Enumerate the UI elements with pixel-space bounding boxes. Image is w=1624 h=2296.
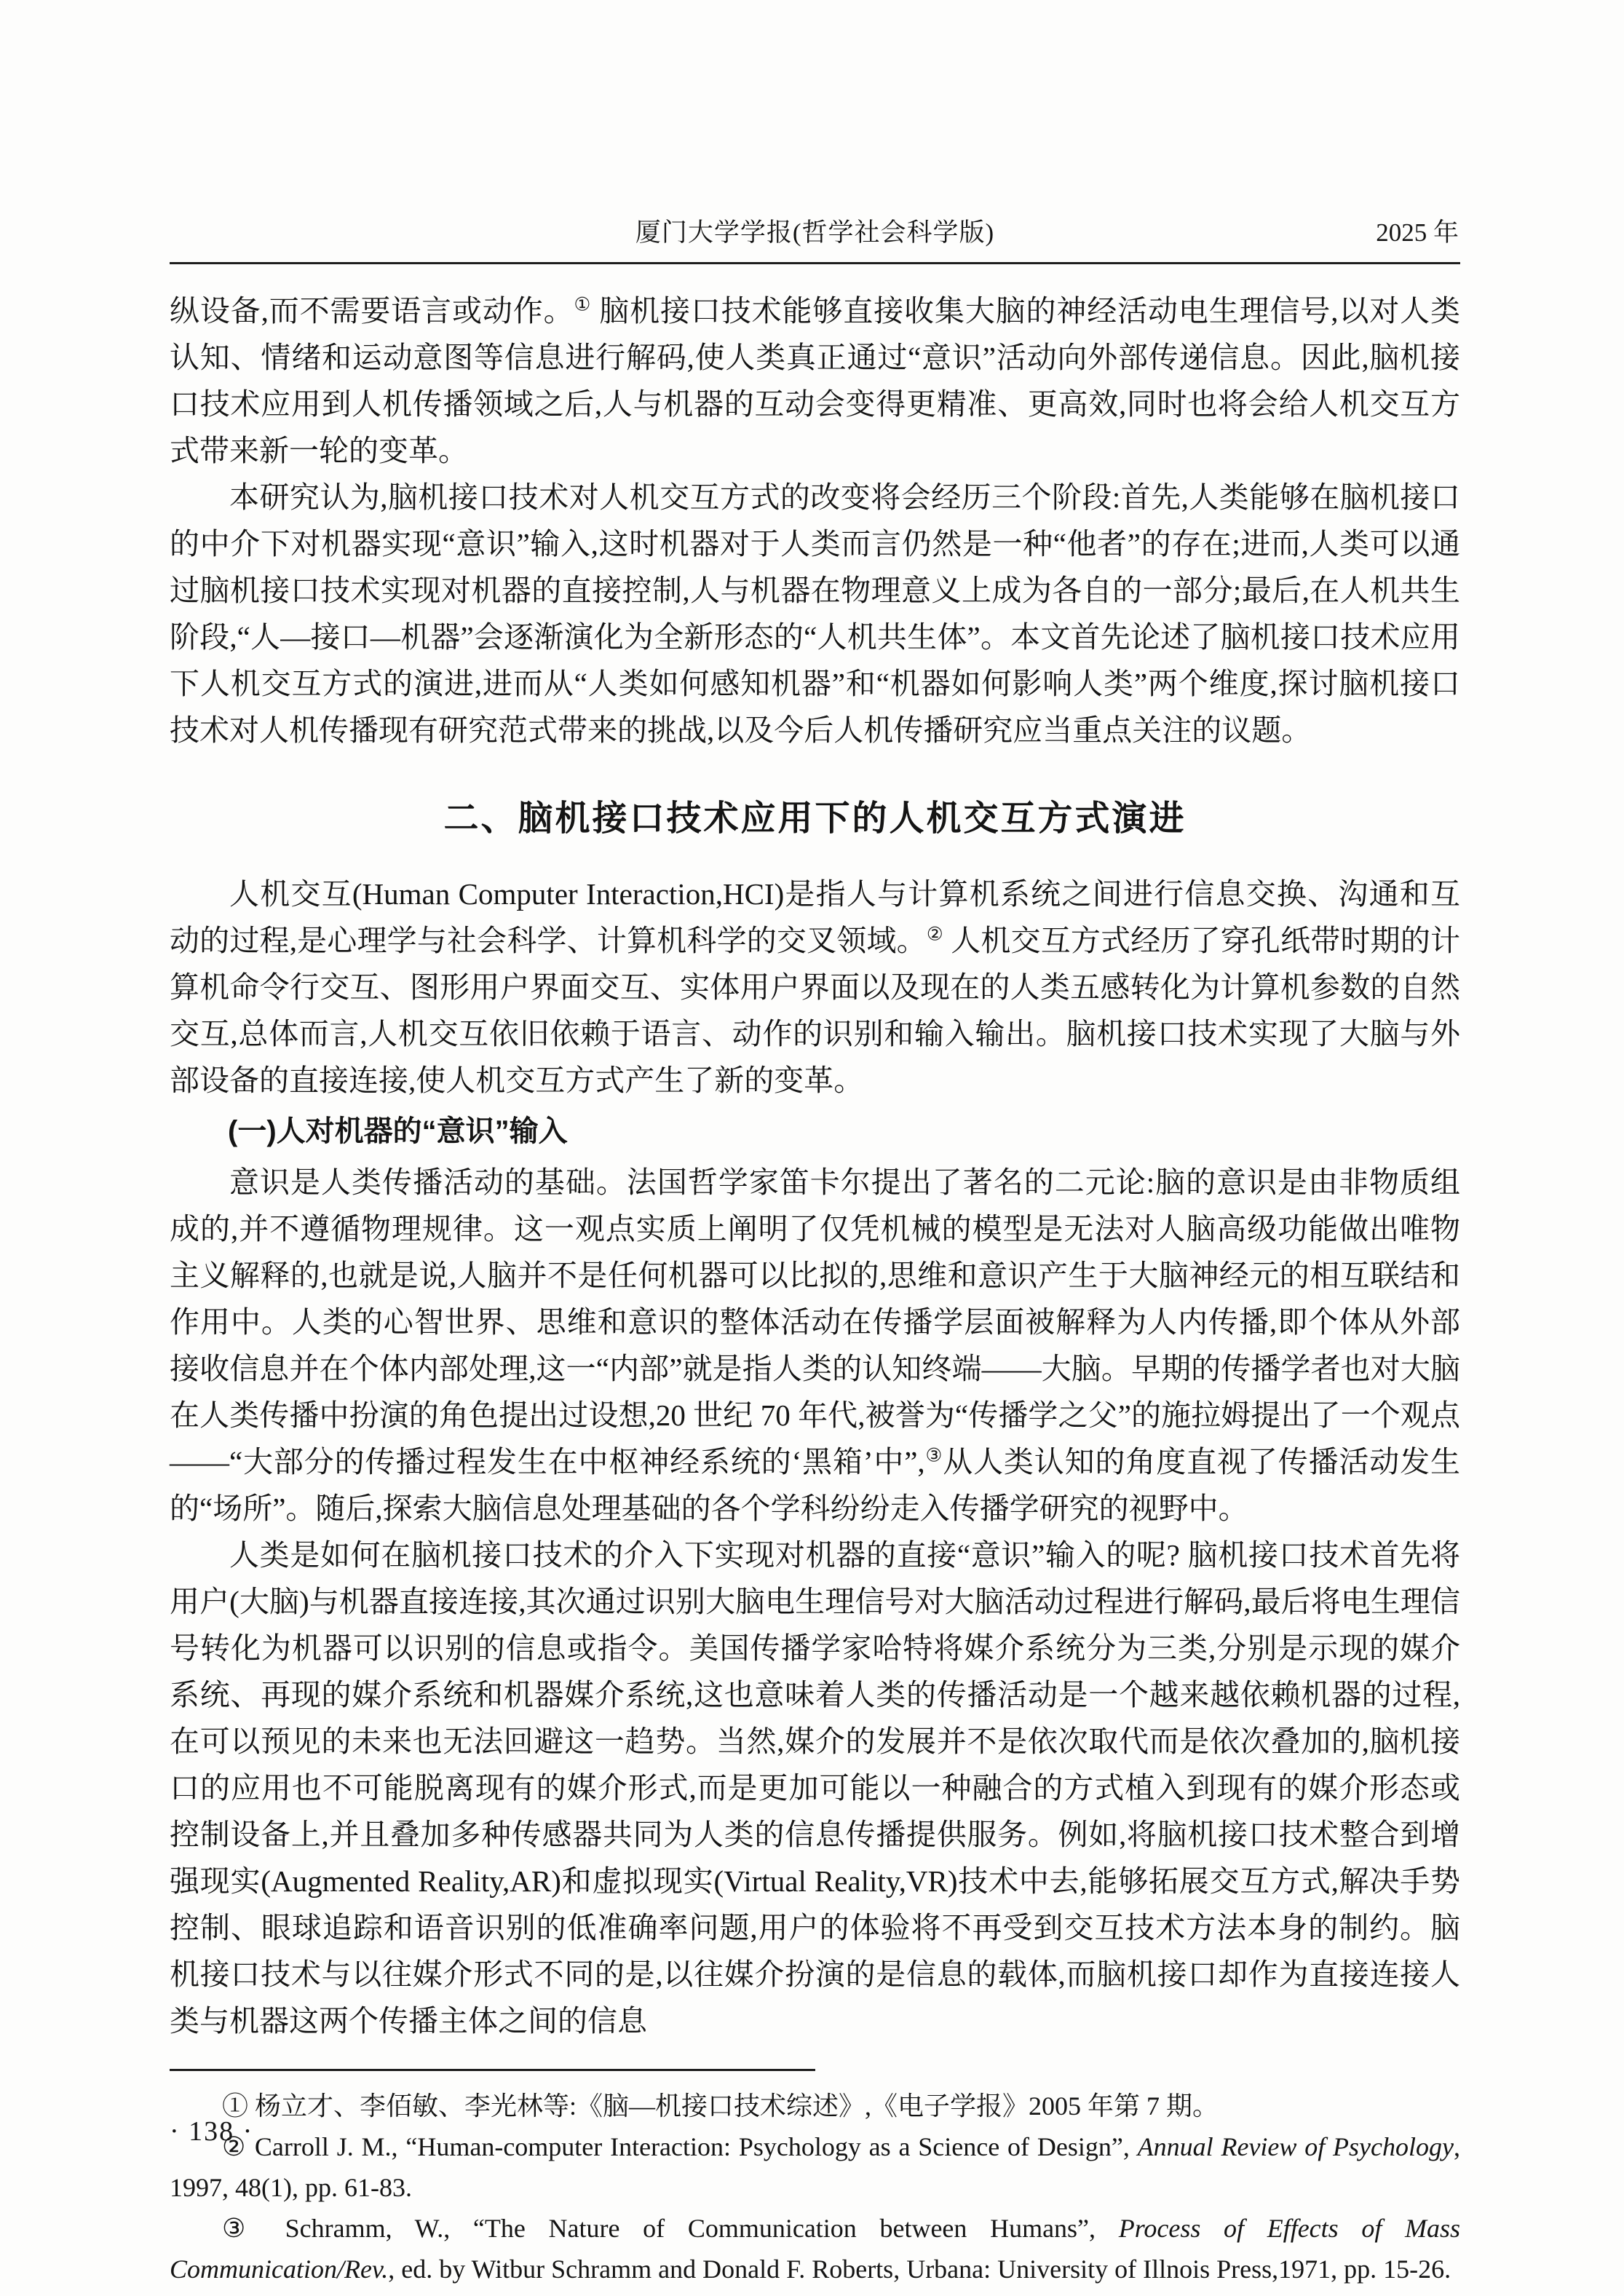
subsection-heading: (一)人对机器的“意识”输入: [170, 1108, 1460, 1155]
body-paragraph: 本研究认为,脑机接口技术对人机交互方式的改变将会经历三个阶段:首先,人类能够在脑…: [170, 474, 1460, 753]
body-paragraph: 人机交互(Human Computer Interaction,HCI)是指人与…: [170, 871, 1460, 1104]
text-run: 人类是如何在脑机接口技术的介入下实现对机器的直接“意识”输入的呢? 脑机接口技术…: [170, 1538, 1460, 2038]
page-number: · 138 ·: [170, 2115, 253, 2147]
article-body: 纵设备,而不需要语言或动作。① 脑机接口技术能够直接收集大脑的神经活动电生理信号…: [170, 288, 1460, 2044]
cited-work-title: Annual Review of Psychology: [1138, 2132, 1454, 2161]
footnotes-section: ① 杨立才、李佰敏、李光林等:《脑—机接口技术综述》,《电子学报》2005 年第…: [170, 2069, 1460, 2289]
footnote-ref: ②: [927, 924, 943, 944]
section-heading: 二、脑机接口技术应用下的人机交互方式演进: [170, 790, 1460, 840]
footnote-list: ① 杨立才、李佰敏、李光林等:《脑—机接口技术综述》,《电子学报》2005 年第…: [170, 2086, 1460, 2289]
footnote-separator: [170, 2069, 815, 2071]
footnote-item: ② Carroll J. M., “Human-computer Interac…: [170, 2126, 1460, 2208]
text-run: ③ Schramm, W., “The Nature of Communicat…: [222, 2214, 1119, 2243]
footnote-ref: ③: [925, 1445, 943, 1465]
body-paragraph: 人类是如何在脑机接口技术的介入下实现对机器的直接“意识”输入的呢? 脑机接口技术…: [170, 1532, 1460, 2044]
footnote-ref: ①: [574, 294, 592, 314]
journal-page: 厦门大学学报(哲学社会科学版) 2025 年 纵设备,而不需要语言或动作。① 脑…: [0, 0, 1624, 2296]
issue-year: 2025 年: [1376, 213, 1459, 249]
footnote-item: ③ Schramm, W., “The Nature of Communicat…: [170, 2208, 1460, 2289]
text-run: 本研究认为,脑机接口技术对人机交互方式的改变将会经历三个阶段:首先,人类能够在脑…: [170, 480, 1460, 747]
text-run: ② Carroll J. M., “Human-computer Interac…: [222, 2132, 1138, 2161]
text-run: 意识是人类传播活动的基础。法国哲学家笛卡尔提出了著名的二元论:脑的意识是由非物质…: [170, 1165, 1460, 1478]
text-run: 二、脑机接口技术应用下的人机交互方式演进: [443, 799, 1186, 838]
footnote-item: ① 杨立才、李佰敏、李光林等:《脑—机接口技术综述》,《电子学报》2005 年第…: [170, 2086, 1460, 2126]
body-paragraph: 纵设备,而不需要语言或动作。① 脑机接口技术能够直接收集大脑的神经活动电生理信号…: [170, 288, 1460, 474]
body-paragraph: 意识是人类传播活动的基础。法国哲学家笛卡尔提出了著名的二元论:脑的意识是由非物质…: [170, 1159, 1460, 1532]
running-head: 厦门大学学报(哲学社会科学版) 2025 年: [170, 213, 1460, 252]
text-run: 纵设备,而不需要语言或动作。: [170, 294, 574, 328]
text-run: ① 杨立才、李佰敏、李光林等:《脑—机接口技术综述》,《电子学报》2005 年第…: [222, 2091, 1219, 2121]
journal-title: 厦门大学学报(哲学社会科学版): [170, 213, 1460, 249]
text-run: , ed. by Witbur Schramm and Donald F. Ro…: [388, 2255, 1451, 2284]
header-rule: [170, 262, 1460, 264]
text-run: (一)人对机器的“意识”输入: [228, 1115, 568, 1147]
